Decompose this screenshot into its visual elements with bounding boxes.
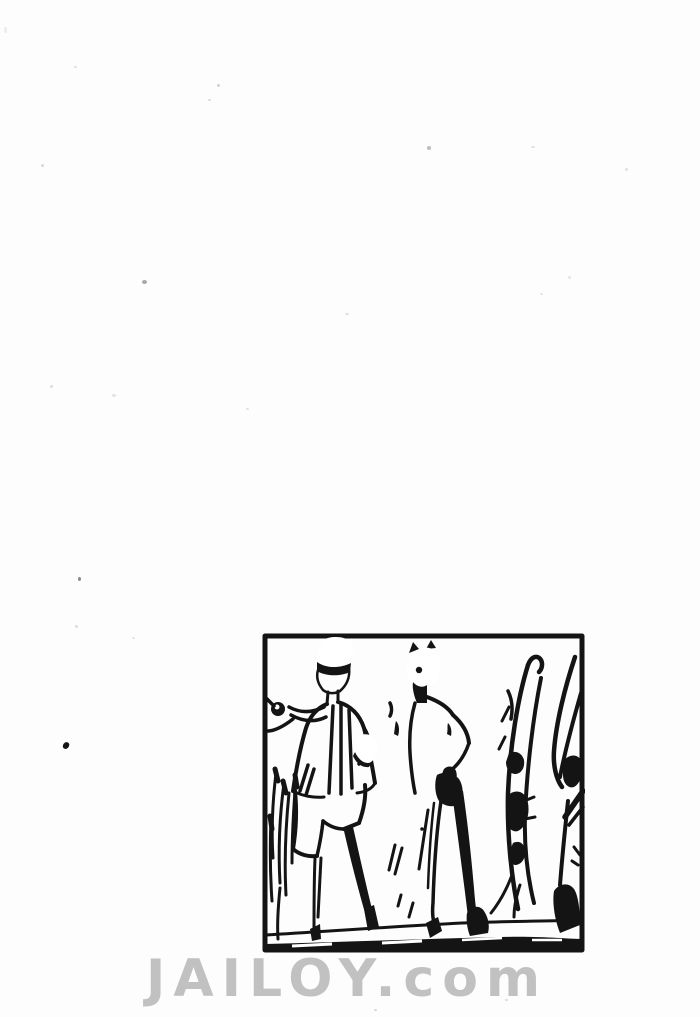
paper-speck (217, 84, 220, 87)
paper-speck (625, 168, 628, 171)
paper-speck (142, 280, 147, 284)
paper-speck (75, 625, 78, 628)
paper-speck (505, 999, 508, 1001)
paper-speck (374, 1009, 377, 1011)
paper-speck (531, 146, 535, 148)
paper-speck (246, 408, 249, 410)
paper-speck (540, 293, 543, 295)
edge-figure-fragment (553, 657, 583, 933)
paper-speck (50, 385, 53, 388)
site-watermark: JAILOY.com (146, 953, 548, 1005)
paper-speck (4, 27, 7, 33)
paper-speck (41, 164, 44, 167)
paper-speck (78, 577, 81, 581)
paper-speck (208, 99, 211, 101)
paper-speck (74, 66, 77, 68)
paper-speck (568, 276, 571, 279)
sketch-panel (262, 633, 585, 958)
right-figure-sketch (407, 640, 489, 938)
paper-speck (112, 394, 116, 397)
sapling-strokes (491, 657, 542, 917)
stray-ink-marks (389, 703, 424, 917)
paper-speck (132, 637, 135, 639)
paper-speck (345, 313, 349, 315)
sketch-drawing (262, 633, 585, 958)
paper-speck (427, 146, 431, 150)
